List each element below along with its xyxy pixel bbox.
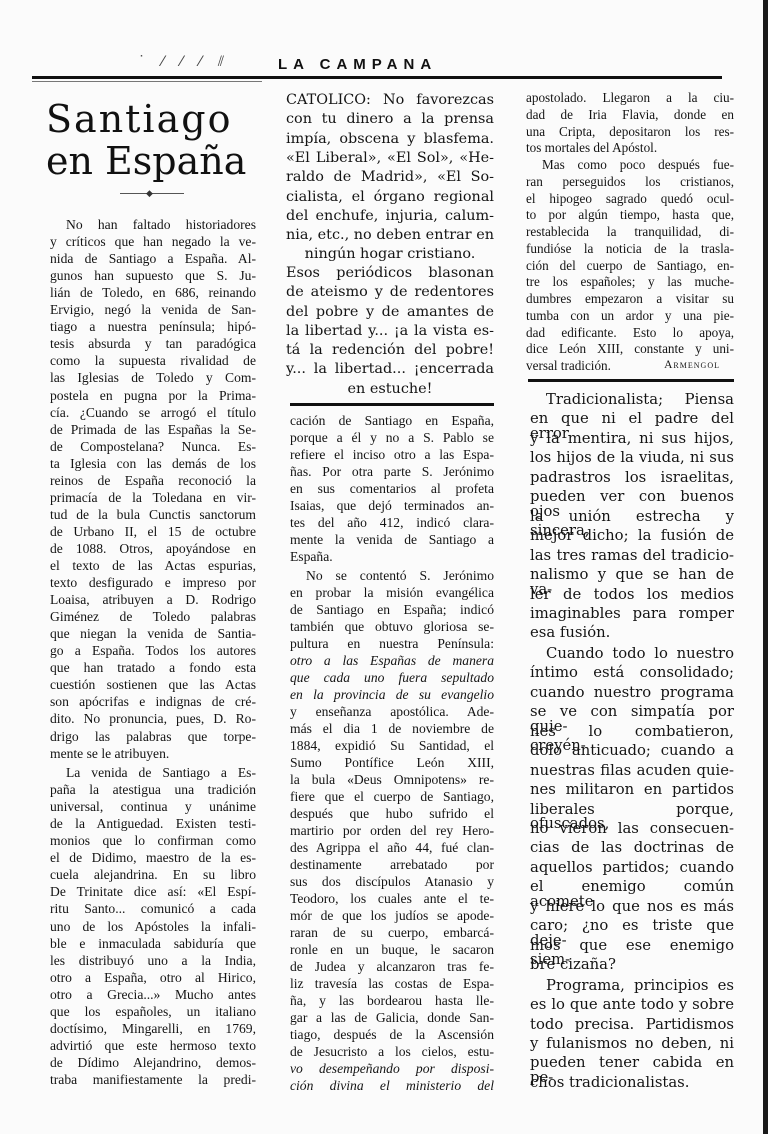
text-line: y la mentira, ni sus hijos, [530, 432, 734, 447]
text-line: dumbres empezaron a visitar su [526, 292, 734, 305]
text-line: una Cripta, depositaron los res- [526, 125, 734, 138]
text-line: monios que lo confirman como [50, 834, 256, 848]
text-line: en sus comentarios al profeta [290, 482, 494, 496]
text-line: que los españoles, un italiano [50, 1005, 256, 1019]
text-line: mejor dicho; la fusión de [530, 529, 734, 544]
text-line: nida de Santiago a España. Al- [50, 252, 256, 266]
ornament-icon: ◆ [146, 189, 153, 199]
text-line: que han tratado a fondo esta [50, 661, 256, 675]
text-line: de Urbano II, el 15 de octubre [50, 525, 256, 539]
text-line: CATOLICO: No favorezcas [286, 93, 494, 107]
text-line: universal, continua y unánime [50, 800, 256, 814]
text-line: raran de su cuerpo, embarcá- [290, 926, 494, 940]
text-line: texto desfigurado e impreso por [50, 576, 256, 590]
text-line: tesis absurda y tan paradógica [50, 337, 256, 351]
text-line: mór de que los judíos se apode- [290, 909, 494, 923]
text-line: esa fusión. [530, 626, 734, 641]
text-line: como la supuesta rivalidad de [50, 354, 256, 368]
text-line: también que obtuvo gloriosa se- [290, 620, 494, 634]
text-line: 1884, expidió Su Santidad, el [290, 739, 494, 753]
text-line: to por algún tiempo, hasta que, [526, 208, 734, 221]
text-line: cía. ¿Cuando se arrogó el título [50, 406, 256, 420]
text-line: reinos de España reconoció la [50, 474, 256, 488]
masthead-title: LA CAMPANA [278, 56, 437, 73]
text-line: del enchufe, injuria, calum- [286, 209, 494, 223]
text-line: tá la redención del pobre! [286, 343, 494, 357]
text-line: Giménez de Toledo palabras [50, 610, 256, 624]
text-line: en la provincia de su evangelio [290, 688, 494, 702]
text-line: son apócrifas e indignas de cré- [50, 695, 256, 709]
text-line: mente la venida de Santiago a [290, 533, 494, 547]
masthead-rule-thin [32, 81, 262, 82]
text-line: de Compostelana? Nunca. Es- [50, 440, 256, 454]
text-line: dice León XIII, constante y uni- [526, 342, 734, 355]
text-line: las tres ramas del tradicio- [530, 549, 734, 564]
page-edge-shadow [763, 0, 768, 1134]
text-line: del pobre y de amantes de [286, 305, 494, 319]
text-line: Ervigio, negó la venida de San- [50, 303, 256, 317]
masthead-decorative-marks: ˙ ⁄ ⁄ ⁄ ⫽ [138, 54, 230, 70]
text-line: restablecida la tranquilidad, di- [526, 225, 734, 238]
text-line: cación de Santiago en España, [290, 414, 494, 428]
text-line: vo desempeñando por disposi- [290, 1062, 494, 1076]
text-line: bre cizaña? [530, 958, 734, 973]
text-line: tiago a nuestra península; hipó- [50, 320, 256, 334]
text-line: tiago, después de la Ascensión [290, 1028, 494, 1042]
text-line: ran perseguidos los cristianos, [526, 175, 734, 188]
text-line: Teodoro, los cuales ante el te- [290, 892, 494, 906]
text-line: Esos periódicos blasonan [286, 266, 494, 280]
text-line: ta Iglesia con las demás de los [50, 457, 256, 471]
text-line: de la Antiguedad. Existen testi- [50, 817, 256, 831]
text-line: Tradicionalista; Piensa [546, 393, 734, 408]
text-line: ningún hogar cristiano. [286, 247, 494, 261]
text-line: chos tradicionalistas. [530, 1076, 734, 1091]
text-line: ñas. Por otra parte S. Jerónimo [290, 465, 494, 479]
text-line: de Dídimo Alejandrino, demos- [50, 1056, 256, 1070]
text-line: es lo que ante todo y sobre [530, 998, 734, 1013]
text-line: Isaias, que dejó terminados an- [290, 499, 494, 513]
text-line: apostolado. Llegaron a la ciu- [526, 91, 734, 104]
text-line: cias de las doctrinas de [530, 841, 734, 856]
text-line: ronle en un buque, le sacaron [290, 943, 494, 957]
notice-bottom-rule [290, 403, 494, 406]
text-line: dad de Iria Flavia, donde en [526, 108, 734, 121]
text-line: de Primada de las Españas la Se- [50, 423, 256, 437]
text-line: que niegan la venida de Santia- [50, 627, 256, 641]
text-line: dolo anticuado; cuando a [530, 744, 734, 759]
text-line: imaginables para romper [530, 607, 734, 622]
text-line: nuestras filas acuden quie- [530, 764, 734, 779]
text-line: aquellos partidos; cuando [530, 861, 734, 876]
article-signature: Armengol [664, 360, 720, 372]
text-line: gar a las de Galicia, donde San- [290, 1011, 494, 1025]
text-line: de ateismo y de redentores [286, 285, 494, 299]
text-line: impía, obscena y blasfema. [286, 132, 494, 146]
text-line: lián de Toledo, en 686, reinando [50, 286, 256, 300]
text-line: des Agrippa el año 44, fué clan- [290, 841, 494, 855]
text-line: ña, y las bordearou hasta lle- [290, 994, 494, 1008]
text-line: ritu Santo... comunicó a cada [50, 902, 256, 916]
text-line: mente se le atribuyen. [50, 747, 256, 761]
text-line: en estuche! [286, 382, 494, 396]
masthead-rule [32, 76, 722, 79]
text-line: la libertad y... ¡a la vista es- [286, 324, 494, 338]
text-line: Mas como poco después fue- [542, 158, 734, 171]
text-line: tes del año 412, indicó clara- [290, 516, 494, 530]
text-line: tumba con un ardor y una pie- [526, 309, 734, 322]
text-line: otro a España, otro al Hirico, [50, 971, 256, 985]
text-line: paña la atestigua una tradición [50, 783, 256, 797]
text-line: las Iglesias de Toledo y Com- [50, 371, 256, 385]
text-line: que cada uno fuera sepultado [290, 671, 494, 685]
text-line: martirio por orden del rey Hero- [290, 824, 494, 838]
text-line: de Judea y alcanzaron tras fe- [290, 960, 494, 974]
text-line: pultura en nuestra Península: [290, 637, 494, 651]
text-line: ble e inmaculada sabiduría que [50, 937, 256, 951]
text-line: el hipogeo sagrado quedó ocul- [526, 192, 734, 205]
text-line: tud de la bula Cunctis sanctorum [50, 508, 256, 522]
text-line: drigo las palabras que torpe- [50, 730, 256, 744]
text-line: y hiere lo que nos es más [530, 900, 734, 915]
text-line: tos mortales del Apóstol. [526, 141, 734, 154]
text-line: de Jesucristo a los cielos, estu- [290, 1045, 494, 1059]
text-line: raldo de Madrid», «El So- [286, 170, 494, 184]
text-line: nes militaron en partidos [530, 783, 734, 798]
text-line: cuela alejandrina. En su libro [50, 868, 256, 882]
text-line: todo precisa. Partidismos [530, 1018, 734, 1033]
text-line: cuestión sostienen que las Actas [50, 678, 256, 692]
newspaper-page: ˙ ⁄ ⁄ ⁄ ⫽ LA CAMPANA Santiago en España … [0, 0, 768, 1134]
text-line: dito. No pronuncia, pues, D. Ro- [50, 712, 256, 726]
text-line: primacía de la Toledana en vir- [50, 491, 256, 505]
text-line: traba manifiestamente la predi- [50, 1073, 256, 1087]
text-line: ción divina el ministerio del [290, 1079, 494, 1093]
text-line: De Trinitate dice así: «El Espí- [50, 885, 256, 899]
text-line: y enseñanza apostólica. Ade- [290, 705, 494, 719]
text-line: fiere que el cuerpo de Santiago, [290, 790, 494, 804]
text-line: cuando nuestro programa [530, 686, 734, 701]
text-line: los hijos de la viuda, ni sus [530, 451, 734, 466]
headline-line-2: en España [46, 142, 256, 180]
text-line: padrastros los israelitas, [530, 471, 734, 486]
text-line: refiere el inciso otro a las Espa- [290, 448, 494, 462]
text-line: postela en pugna por la Prima- [50, 389, 256, 403]
text-line: No se contentó S. Jerónimo [306, 569, 494, 583]
text-line: otro a las Españas de manera [290, 654, 494, 668]
text-line: y críticos que han negado la ve- [50, 235, 256, 249]
text-line: dad edificante. Esto lo apoya, [526, 326, 734, 339]
text-line: doctísimo, Mingarelli, en 1769, [50, 1022, 256, 1036]
text-line: gunos han supuesto que S. Ju- [50, 269, 256, 283]
text-line: Loaisa, atribuyen a D. Rodrigo [50, 593, 256, 607]
article-end-rule [528, 379, 734, 382]
text-line: nia, etc., no deben entrar en [286, 228, 494, 242]
text-line: tre los españoles; y las muche- [526, 275, 734, 288]
text-line: después que hubo sufrido el [290, 807, 494, 821]
text-line: sus dos discípulos Atanasio y [290, 875, 494, 889]
text-line: Sumo Pontífice León XIII, [290, 756, 494, 770]
text-line: Programa, principios es [546, 979, 734, 994]
text-line: y... la libertad... ¡encerrada [286, 362, 494, 376]
text-line: destinamente arrebatado por [290, 858, 494, 872]
text-line: no vieron las consecuen- [530, 822, 734, 837]
headline-line-1: Santiago [46, 100, 256, 138]
text-line: uno de los Apóstoles la infali- [50, 920, 256, 934]
text-line: les distribuyó uno a la India, [50, 954, 256, 968]
text-line: «El Liberal», «El Sol», «He- [286, 151, 494, 165]
masthead: ˙ ⁄ ⁄ ⁄ ⫽ LA CAMPANA [0, 52, 768, 82]
text-line: cialista, el órgano regional [286, 190, 494, 204]
text-line: fundióse la noticia de la trasla- [526, 242, 734, 255]
text-line: La venida de Santiago a Es- [66, 766, 256, 780]
text-line: más el dia 1 de noviembre de [290, 722, 494, 736]
text-line: íntimo está consolidado; [530, 666, 734, 681]
text-line: España. [290, 550, 494, 564]
text-line: Cuando todo lo nuestro [546, 647, 734, 662]
text-line: liz travesía las costas de Espa- [290, 977, 494, 991]
text-line: ler de todos los medios [530, 588, 734, 603]
text-line: en probar la misión evangélica [290, 586, 494, 600]
text-line: y fulanismos no deben, ni [530, 1037, 734, 1052]
text-line: otro a Grecia...» Mucho antes [50, 988, 256, 1002]
text-line: No han faltado historiadores [66, 218, 256, 232]
text-line: porque a él y no a S. Pablo se [290, 431, 494, 445]
text-line: advirtió que este hermoso texto [50, 1039, 256, 1053]
text-line: ción del cuerpo de Santiago, en- [526, 259, 734, 272]
text-line: con tu dinero a la prensa [286, 112, 494, 126]
text-line: el texto de las Actas espurias, [50, 559, 256, 573]
text-line: el de Didimo, maestro de la es- [50, 851, 256, 865]
text-line: de 1088. Otros, apoyándose en [50, 542, 256, 556]
text-line: la bula «Deus Omnipotens» re- [290, 773, 494, 787]
text-line: go a España. Todos los autores [50, 644, 256, 658]
text-line: de Santiago en España; indicó [290, 603, 494, 617]
